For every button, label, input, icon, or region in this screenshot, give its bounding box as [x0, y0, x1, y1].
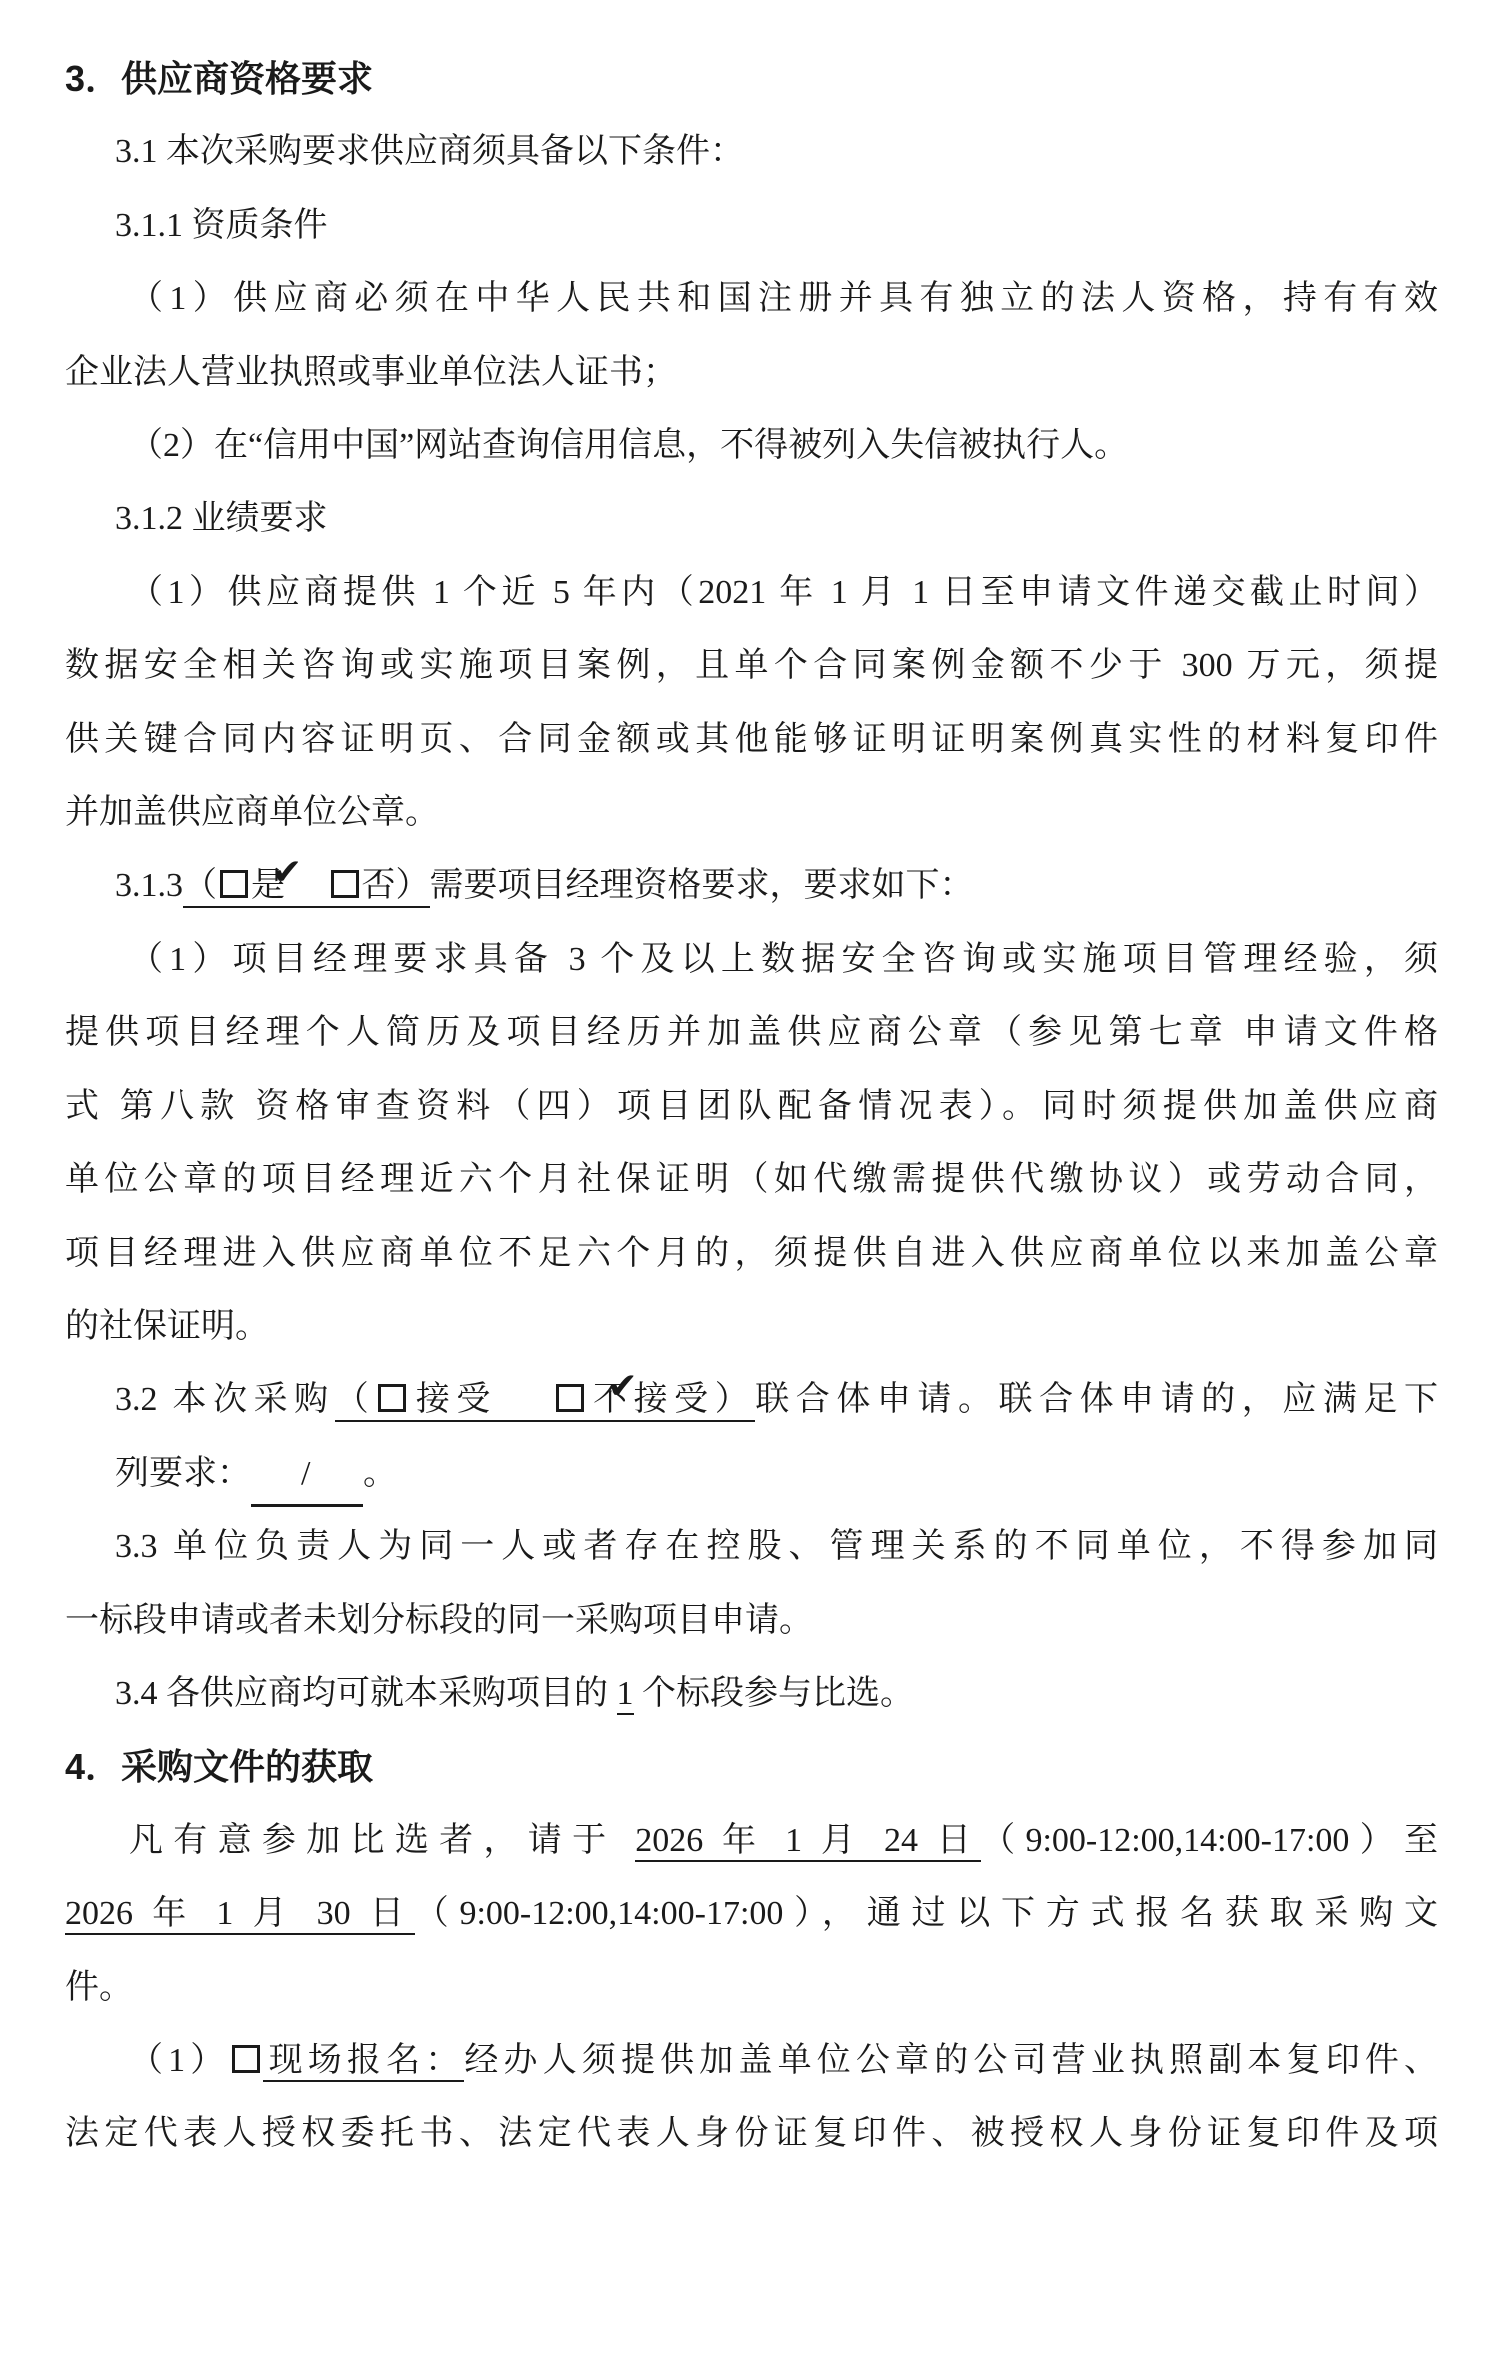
- heading-document-acquisition: 4．采购文件的获取: [65, 1730, 1438, 1803]
- clause-3-1-1-title: 3.1.1 资质条件: [65, 189, 1438, 262]
- clause-4-hours-2: （9:00-12:00,14:00-17:00），通过以下方式报名获取采购文: [415, 1895, 1438, 1932]
- clause-3-2-period: 。: [363, 1455, 397, 1492]
- onsite-registration-label: 现场报名：: [263, 2042, 464, 2082]
- clause-3-2-line-2: 列要求：/。: [65, 1437, 1438, 1510]
- check-mark-icon: ✔: [558, 1369, 638, 1405]
- registration-start-date: 2026 年 1 月 24 日: [635, 1822, 981, 1862]
- registration-end-date: 2026 年 1 月 30 日: [65, 1895, 415, 1935]
- clause-3-1-3-item-1-line-3: 式 第八款 资格审查资料（四）项目团队配备情况表）。同时须提供加盖供应商: [65, 1070, 1438, 1143]
- checkbox-no-unchecked[interactable]: [331, 870, 359, 898]
- method-1-number: （1）: [129, 2042, 229, 2079]
- clause-4-line-2: 2026 年 1 月 30 日（9:00-12:00,14:00-17:00），…: [65, 1877, 1438, 1950]
- clause-3-1-3-item-1-line-6: 的社保证明。: [65, 1290, 1438, 1363]
- checkbox-onsite-registration-unchecked[interactable]: [232, 2045, 260, 2073]
- clause-3-1-2-item-1-line-2: 数据安全相关咨询或实施项目案例，且单个合同案例金额不少于 300 万元，须提: [65, 629, 1438, 702]
- project-manager-requirement-choice: （✔是 否）: [183, 867, 430, 908]
- clause-4-hours-1: （9:00-12:00,14:00-17:00）至: [981, 1822, 1438, 1859]
- accept-label: 接受: [409, 1381, 552, 1418]
- clause-3-4-text-post: 个标段参与比选。: [634, 1675, 915, 1712]
- clause-3-1-3-item-1-line-2: 提供项目经理个人简历及项目经历并加盖供应商公章（参见第七章 申请文件格: [65, 996, 1438, 1069]
- clause-3-1-1-item-2: （2）在“信用中国”网站查询信用信息，不得被列入失信被执行人。: [65, 409, 1438, 482]
- lot-count-underlined: 1: [617, 1675, 634, 1715]
- consortium-application-choice: （接受 ✔不接受）: [335, 1381, 756, 1422]
- checkbox-accept-unchecked[interactable]: [378, 1384, 406, 1412]
- clause-3-1: 3.1 本次采购要求供应商须具备以下条件：: [65, 115, 1438, 188]
- clause-3-2-text: 联合体申请。联合体申请的，应满足下: [755, 1381, 1438, 1418]
- heading-supplier-qualification: 3．供应商资格要求: [65, 42, 1438, 115]
- clause-3-1-2-item-1-line-1: （1）供应商提供 1 个近 5 年内（2021 年 1 月 1 日至申请文件递交…: [65, 556, 1438, 629]
- clause-3-1-2-item-1-line-3: 供关键合同内容证明页、合同金额或其他能够证明证明案例真实性的材料复印件: [65, 703, 1438, 776]
- no-label: 否）: [362, 867, 430, 904]
- clause-3-1-2-title: 3.1.2 业绩要求: [65, 482, 1438, 555]
- clause-3-1-3-text: 需要项目经理资格要求，要求如下：: [430, 867, 974, 904]
- check-mark-icon: ✔: [222, 855, 302, 891]
- clause-3-2-continuation: 列要求：: [115, 1455, 251, 1492]
- checkbox-yes-checked[interactable]: ✔: [220, 870, 248, 898]
- clause-3-1-1-item-1-line-2: 企业法人营业执照或事业单位法人证书；: [65, 336, 1438, 409]
- method-1-text: 经办人须提供加盖单位公章的公司营业执照副本复印件、: [464, 2042, 1438, 2079]
- clause-3-1-2-item-1-line-4: 并加盖供应商单位公章。: [65, 776, 1438, 849]
- clause-3-2-line-1: 3.2 本次采购（接受 ✔不接受）联合体申请。联合体申请的，应满足下: [65, 1363, 1438, 1436]
- clause-4-line-3: 件。: [65, 1951, 1438, 2024]
- clause-3-3-line-2: 一标段申请或者未划分标段的同一采购项目申请。: [65, 1584, 1438, 1657]
- registration-method-1-line-1: （1）现场报名：经办人须提供加盖单位公章的公司营业执照副本复印件、: [65, 2024, 1438, 2097]
- clause-4-line-1: 凡有意参加比选者，请于 2026 年 1 月 24 日（9:00-12:00,1…: [65, 1804, 1438, 1877]
- clause-3-1-3-line: 3.1.3（✔是 否）需要项目经理资格要求，要求如下：: [65, 849, 1438, 922]
- clause-3-3-line-1: 3.3 单位负责人为同一人或者存在控股、管理关系的不同单位，不得参加同: [65, 1510, 1438, 1583]
- fill-in-blank[interactable]: /: [251, 1444, 363, 1507]
- clause-3-4-line: 3.4 各供应商均可就本采购项目的 1 个标段参与比选。: [65, 1657, 1438, 1730]
- clause-3-4-text-pre: 3.4 各供应商均可就本采购项目的: [115, 1675, 617, 1712]
- clause-4-text-pre: 凡有意参加比选者，请于: [129, 1822, 635, 1859]
- clause-3-1-3-number: 3.1.3: [115, 867, 183, 904]
- clause-3-2-number: 3.2 本次采购: [115, 1381, 335, 1418]
- clause-3-1-3-item-1-line-4: 单位公章的项目经理近六个月社保证明（如代缴需提供代缴协议）或劳动合同，: [65, 1143, 1438, 1216]
- clause-3-1-3-item-1-line-1: （1）项目经理要求具备 3 个及以上数据安全咨询或实施项目管理经验，须: [65, 923, 1438, 996]
- clause-3-1-3-item-1-line-5: 项目经理进入供应商单位不足六个月的，须提供自进入供应商单位以来加盖公章: [65, 1217, 1438, 1290]
- clause-3-1-1-item-1-line-1: （1）供应商必须在中华人民共和国注册并具有独立的法人资格，持有有效: [65, 262, 1438, 335]
- document-page: 3．供应商资格要求 3.1 本次采购要求供应商须具备以下条件： 3.1.1 资质…: [65, 42, 1438, 2171]
- checkbox-reject-checked[interactable]: ✔: [556, 1384, 584, 1412]
- registration-method-1-line-2: 法定代表人授权委托书、法定代表人身份证复印件、被授权人身份证复印件及项: [65, 2097, 1438, 2170]
